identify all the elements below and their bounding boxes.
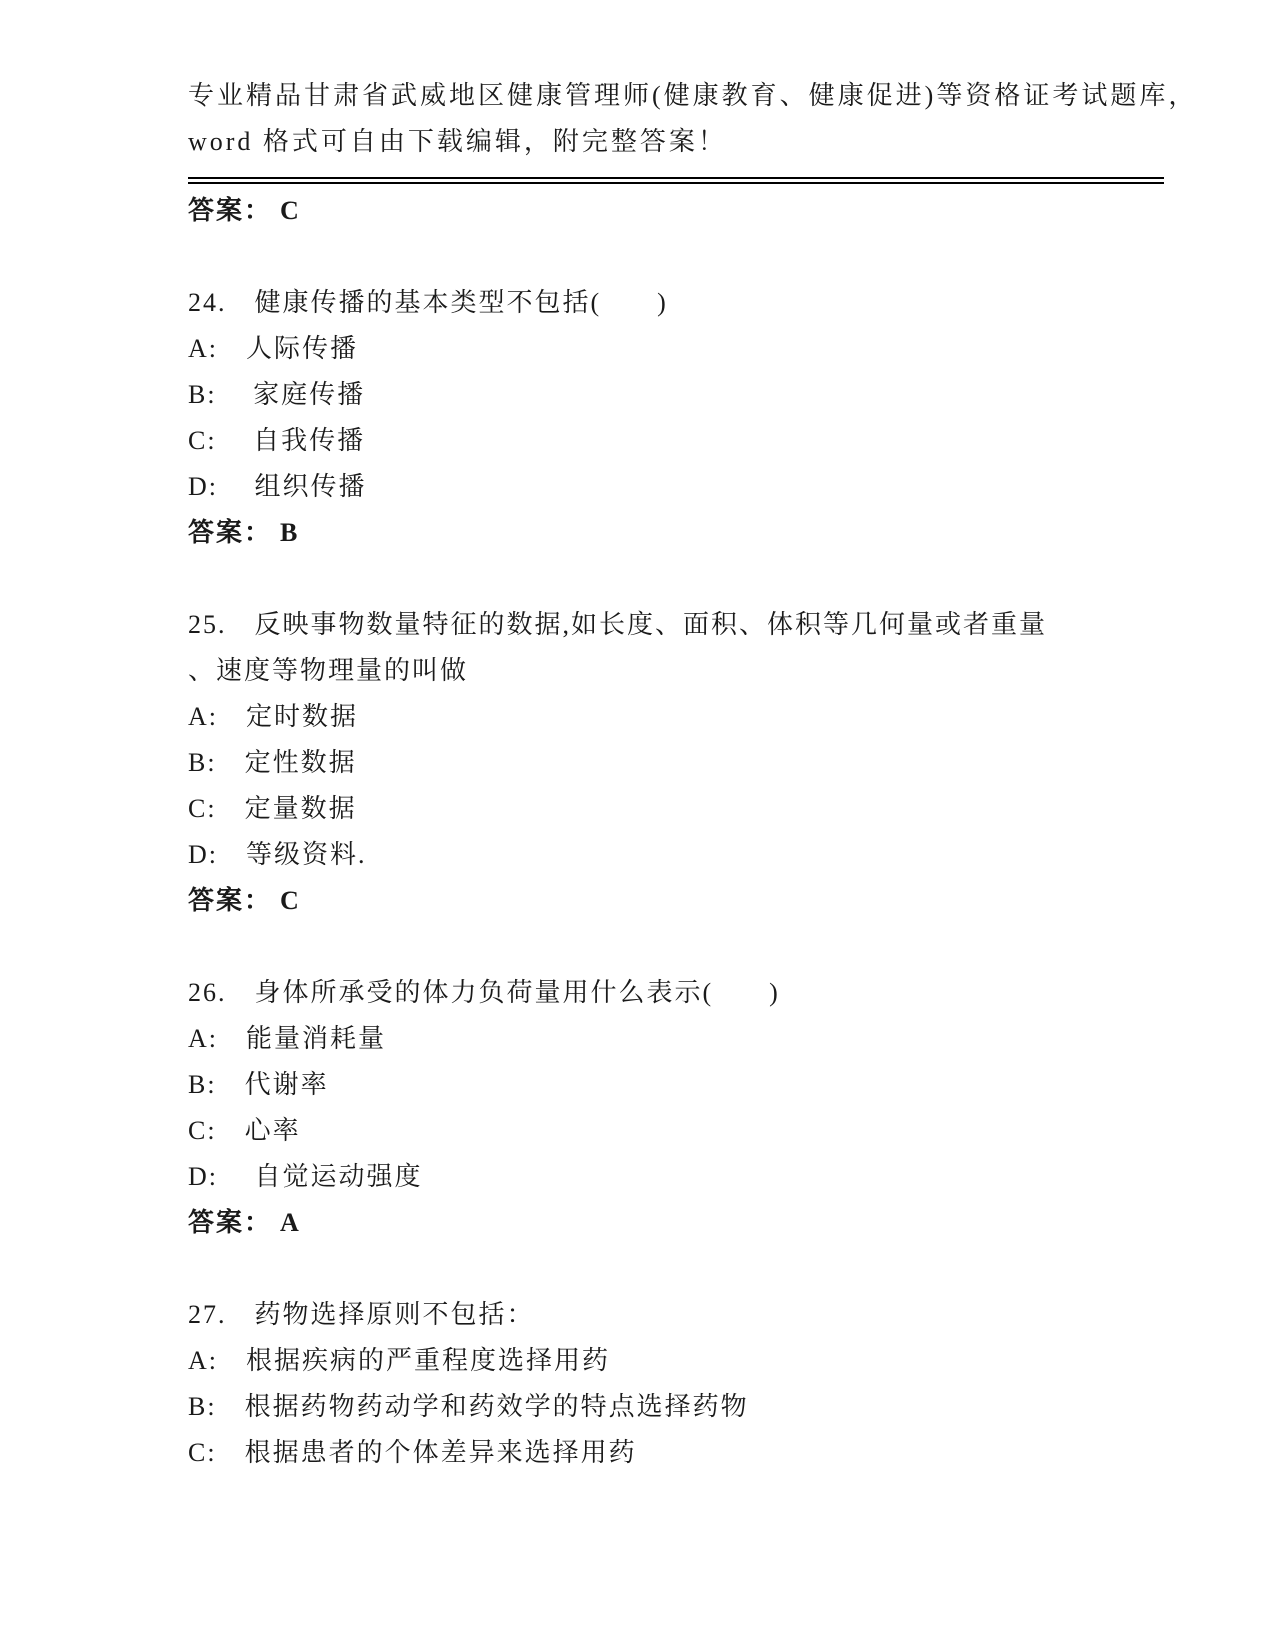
answer-value: A [280,1208,301,1237]
question-option-c: C: 根据患者的个体差异来选择用药 [188,1430,1164,1476]
question-title: 26. 身体所承受的体力负荷量用什么表示( ) [188,970,1164,1016]
answer-line: 答案：C [188,188,1164,234]
answer-label: 答案： [188,1208,272,1237]
previous-answer-block: 答案：C [188,188,1164,234]
question-option-b: B: 家庭传播 [188,372,1164,418]
header-line-1: 专业精品甘肃省武威地区健康管理师(健康教育、健康促进)等资格证考试题库， [188,73,1164,119]
answer-line: 答案：C [188,878,1164,924]
answer-line: 答案：B [188,510,1164,556]
question-block-24: 24. 健康传播的基本类型不包括( ) A: 人际传播 B: 家庭传播 C: 自… [188,280,1164,556]
question-title: 25. 反映事物数量特征的数据,如长度、面积、体积等几何量或者重量 、速度等物理… [188,602,1164,694]
question-option-a: A: 能量消耗量 [188,1016,1164,1062]
question-option-a: A: 根据疾病的严重程度选择用药 [188,1338,1164,1384]
question-block-26: 26. 身体所承受的体力负荷量用什么表示( ) A: 能量消耗量 B: 代谢率 … [188,970,1164,1246]
answer-value: C [280,886,301,915]
answer-line: 答案：A [188,1200,1164,1246]
question-option-b: B: 定性数据 [188,740,1164,786]
answer-label: 答案： [188,886,272,915]
document-header: 专业精品甘肃省武威地区健康管理师(健康教育、健康促进)等资格证考试题库， wor… [188,73,1164,165]
answer-label: 答案： [188,196,272,225]
question-option-b: B: 根据药物药动学和药效学的特点选择药物 [188,1384,1164,1430]
question-option-c: C: 定量数据 [188,786,1164,832]
question-title: 24. 健康传播的基本类型不包括( ) [188,280,1164,326]
question-option-c: C: 心率 [188,1108,1164,1154]
header-divider-rule [188,177,1164,184]
document-content: 专业精品甘肃省武威地区健康管理师(健康教育、健康促进)等资格证考试题库， wor… [188,73,1164,1476]
question-option-d: D: 组织传播 [188,464,1164,510]
question-option-c: C: 自我传播 [188,418,1164,464]
answer-value: C [280,196,301,225]
question-option-d: D: 自觉运动强度 [188,1154,1164,1200]
header-line-2: word 格式可自由下载编辑，附完整答案！ [188,119,1164,165]
question-block-27: 27. 药物选择原则不包括： A: 根据疾病的严重程度选择用药 B: 根据药物药… [188,1292,1164,1476]
answer-value: B [280,518,299,547]
question-option-d: D: 等级资料. [188,832,1164,878]
question-block-25: 25. 反映事物数量特征的数据,如长度、面积、体积等几何量或者重量 、速度等物理… [188,602,1164,924]
answer-label: 答案： [188,518,272,547]
document-page: 专业精品甘肃省武威地区健康管理师(健康教育、健康促进)等资格证考试题库， wor… [0,0,1275,1650]
question-option-b: B: 代谢率 [188,1062,1164,1108]
question-option-a: A: 定时数据 [188,694,1164,740]
question-title: 27. 药物选择原则不包括： [188,1292,1164,1338]
question-option-a: A: 人际传播 [188,326,1164,372]
